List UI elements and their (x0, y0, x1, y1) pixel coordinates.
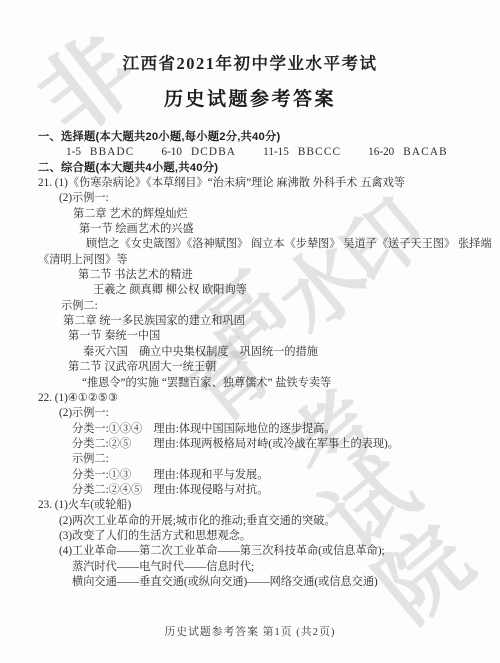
choice-answers-line: 1-5BBADC6-10DCDBA11-15BBCCC16-20BACAB (38, 145, 478, 160)
answer-letters: DCDBA (191, 146, 236, 158)
text-line: 一、选择题(本大题共20小题,每小题2分,共40分) (38, 130, 478, 145)
text-line: (2)示例一: (38, 191, 478, 206)
question-range: 16-20 (368, 146, 394, 158)
text-line: 22. (1)④①②⑤③ (38, 391, 478, 406)
text-line: 分类一:①③ 理由:体现和平与发展。 (38, 468, 478, 483)
choice-answer-group: 6-10DCDBA (161, 145, 236, 160)
text-line: 第二节 书法艺术的精进 (38, 268, 478, 283)
choice-answer-group: 1-5BBADC (66, 145, 134, 160)
text-line: 二、综合题(本大题共4小题,共40分) (38, 161, 478, 176)
text-line: 示例二: (38, 452, 478, 467)
text-line: 王羲之 颜真卿 柳公权 欧阳询等 (38, 283, 478, 298)
text-line: 示例二: (38, 299, 478, 314)
answer-letters: BBCCC (298, 146, 341, 158)
text-line: 第二节 汉武帝巩固大一统王朝 (38, 360, 478, 375)
text-line: 第一节 秦统一中国 (38, 329, 478, 344)
text-line: 第二章 艺术的辉煌灿烂 (38, 207, 478, 222)
text-line: (2)示例一: (38, 406, 478, 421)
answer-letters: BACAB (403, 146, 448, 158)
text-line: 横向交通——垂直交通(或纵向交通)——网络交通(或信息交通) (38, 575, 478, 590)
text-line: 23. (1)火车(或轮船) (38, 498, 478, 513)
question-range: 1-5 (66, 146, 81, 158)
text-line: 分类二:②④⑤ 理由:体现侵略与对抗。 (38, 483, 478, 498)
page-footer: 历史试题参考答案 第1页 (共2页) (0, 624, 500, 639)
answer-content: 一、选择题(本大题共20小题,每小题2分,共40分)1-5BBADC6-10DC… (38, 130, 478, 590)
text-line: 顾恺之《女史箴图》《洛神赋图》 阎立本《步辇图》 吴道子《送子天王图》 张择端 (38, 237, 478, 252)
text-line: 分类一:①③④ 理由:体现中国国际地位的逐步提高。 (38, 422, 478, 437)
text-line: 《清明上河图》等 (38, 253, 478, 268)
question-range: 11-15 (263, 146, 289, 158)
exam-title: 江西省2021年初中学业水平考试 (0, 50, 500, 74)
text-line: “推恩令”的实施 “罢黜百家、独尊儒术” 盐铁专卖等 (38, 376, 478, 391)
page-title: 历史试题参考答案 (0, 84, 500, 111)
text-line: (4)工业革命——第二次工业革命——第三次科技革命(或信息革命); (38, 544, 478, 559)
text-line: 秦灭六国 确立中央集权制度 巩固统一的措施 (38, 345, 478, 360)
text-line: 蒸汽时代——电气时代——信息时代; (38, 560, 478, 575)
answer-letters: BBADC (90, 146, 135, 158)
text-line: 第一节 绘画艺术的兴盛 (38, 222, 478, 237)
text-line: (2)两次工业革命的开展;城市化的推动;垂直交通的突破。 (38, 514, 478, 529)
question-range: 6-10 (161, 146, 182, 158)
choice-answer-group: 16-20BACAB (368, 145, 448, 160)
scanned-answer-sheet: 非高水印育考试院 江西省2021年初中学业水平考试 历史试题参考答案 一、选择题… (0, 0, 500, 663)
text-line: (3)改变了人们的生活方式和思想观念。 (38, 529, 478, 544)
text-line: 第二章 统一多民族国家的建立和巩固 (38, 314, 478, 329)
choice-answer-group: 11-15BBCCC (263, 145, 341, 160)
text-line: 分类二:②⑤ 理由:体现两极格局对峙(或冷战在军事上的表现)。 (38, 437, 478, 452)
text-line: 21. (1)《伤寒杂病论》《本草纲目》“治未病”理论 麻沸散 外科手术 五禽戏… (38, 176, 478, 191)
